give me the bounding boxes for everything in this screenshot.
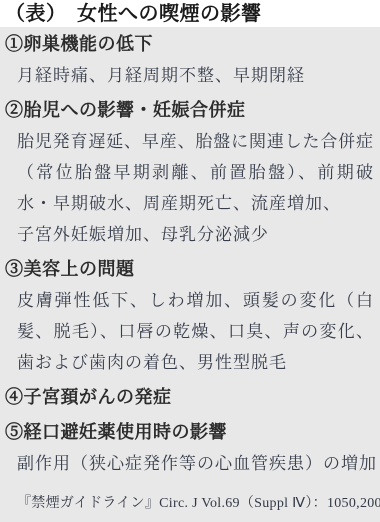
section-line: 副作用（狭心症発作等の心血管疾患）の増加 (5, 448, 373, 479)
section-heading: ②胎児への影響・妊娠合併症 (5, 94, 373, 126)
section-line: 皮膚弾性低下、しわ増加、頭髪の変化（白 (5, 285, 373, 316)
section-cosmetic-problems: ③美容上の問題 皮膚弾性低下、しわ増加、頭髪の変化（白 髪、脱毛）、口唇の乾燥、… (5, 253, 373, 378)
table-title: （表） 女性への喫煙の影響 (0, 0, 380, 27)
source-citation: 『禁煙ガイドライン』Circ. J Vol.69（Suppl Ⅳ）：1050,2… (5, 491, 373, 517)
section-heading: ⑤経口避妊薬使用時の影響 (5, 416, 373, 448)
section-line: 月経時痛、月経周期不整、早期閉経 (5, 60, 373, 91)
section-line: 水・早期破水、周産期死亡、流産増加、 (5, 188, 373, 219)
section-heading: ③美容上の問題 (5, 253, 373, 285)
section-line: 子宮外妊娠増加、母乳分泌減少 (5, 219, 373, 250)
section-heading: ①卵巣機能の低下 (5, 28, 373, 60)
section-line: 歯および歯肉の着色、男性型脱毛 (5, 347, 373, 378)
smoking-effects-table: （表） 女性への喫煙の影響 ①卵巣機能の低下 月経時痛、月経周期不整、早期閉経 … (0, 0, 380, 522)
section-fetal-effects: ②胎児への影響・妊娠合併症 胎児発育遅延、早産、胎盤に関連した合併症 （常位胎盤… (5, 94, 373, 250)
section-line: 胎児発育遅延、早産、胎盤に関連した合併症 (5, 126, 373, 157)
section-ovarian-function: ①卵巣機能の低下 月経時痛、月経周期不整、早期閉経 (5, 28, 373, 91)
section-cervical-cancer: ④子宮頚がんの発症 (5, 381, 373, 413)
table-body-panel: ①卵巣機能の低下 月経時痛、月経周期不整、早期閉経 ②胎児への影響・妊娠合併症 … (0, 27, 380, 522)
section-oral-contraceptives: ⑤経口避妊薬使用時の影響 副作用（狭心症発作等の心血管疾患）の増加 (5, 416, 373, 479)
section-line: 髪、脱毛）、口唇の乾燥、口臭、声の変化、 (5, 316, 373, 347)
section-line: （常位胎盤早期剥離、前置胎盤）、前期破 (5, 157, 373, 188)
section-heading: ④子宮頚がんの発症 (5, 381, 373, 413)
